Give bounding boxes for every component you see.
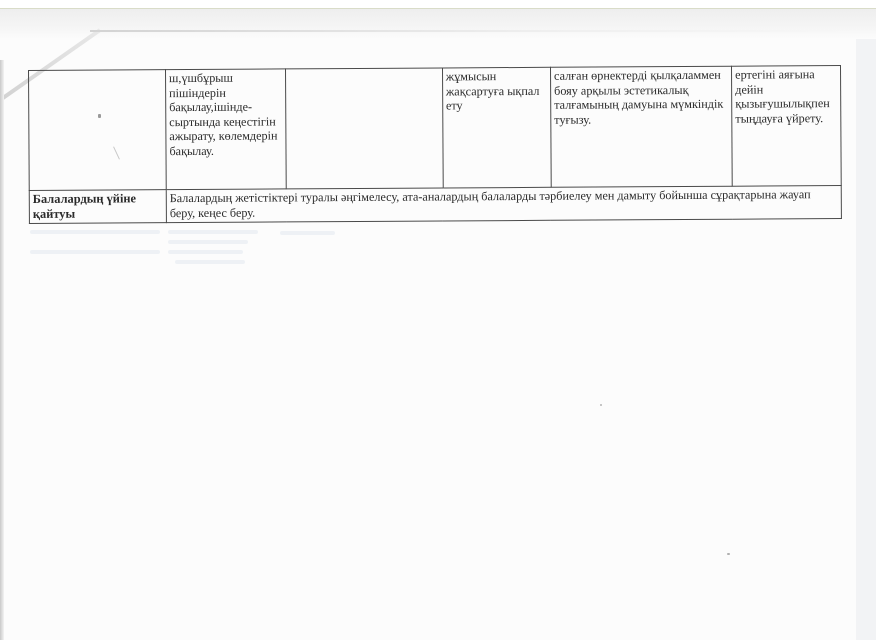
scan-speck	[98, 114, 101, 118]
cell-parent-consultation: Балалардың жетістіктері туралы әңгімелес…	[166, 186, 841, 223]
scan-speck	[600, 404, 602, 406]
schedule-table: ш,үшбұрыш пішіндерін бақылау,ішінде-сырт…	[28, 65, 842, 224]
page-left-edge	[0, 60, 4, 640]
cell-shapes-observation: ш,үшбұрыш пішіндерін бақылау,ішінде-сырт…	[165, 69, 286, 190]
table-row: ш,үшбұрыш пішіндерін бақылау,ішінде-сырт…	[29, 66, 842, 191]
scan-speck	[727, 553, 730, 555]
fold-crease	[90, 30, 850, 32]
cell-empty	[286, 68, 443, 189]
row-label-going-home: Балалардың үйіне қайтуы	[29, 190, 166, 224]
scanner-right-margin	[856, 9, 876, 640]
cell-aesthetic-painting: салған өрнектерді қылқаламмен бояу арқыл…	[550, 66, 732, 187]
bleed-through-mark	[175, 260, 245, 264]
bleed-through-mark	[30, 230, 160, 234]
bleed-through-mark	[280, 231, 335, 235]
bleed-through-mark	[30, 250, 160, 254]
page-fold-shadow	[0, 9, 876, 39]
table-row: Балалардың үйіне қайтуы Балалардың жетіс…	[29, 186, 841, 224]
bleed-through-mark	[168, 250, 243, 254]
bleed-through-mark	[168, 240, 248, 244]
scanner-top-edge	[0, 0, 876, 9]
cell-fairy-tale-listening: ертегіні аяғына дейін қызығушылықпен тың…	[732, 66, 842, 187]
bleed-through-mark	[168, 230, 258, 234]
cell-empty-label	[29, 70, 167, 191]
cell-work-improvement: жұмысын жақсартуға ықпал ету	[442, 67, 551, 188]
